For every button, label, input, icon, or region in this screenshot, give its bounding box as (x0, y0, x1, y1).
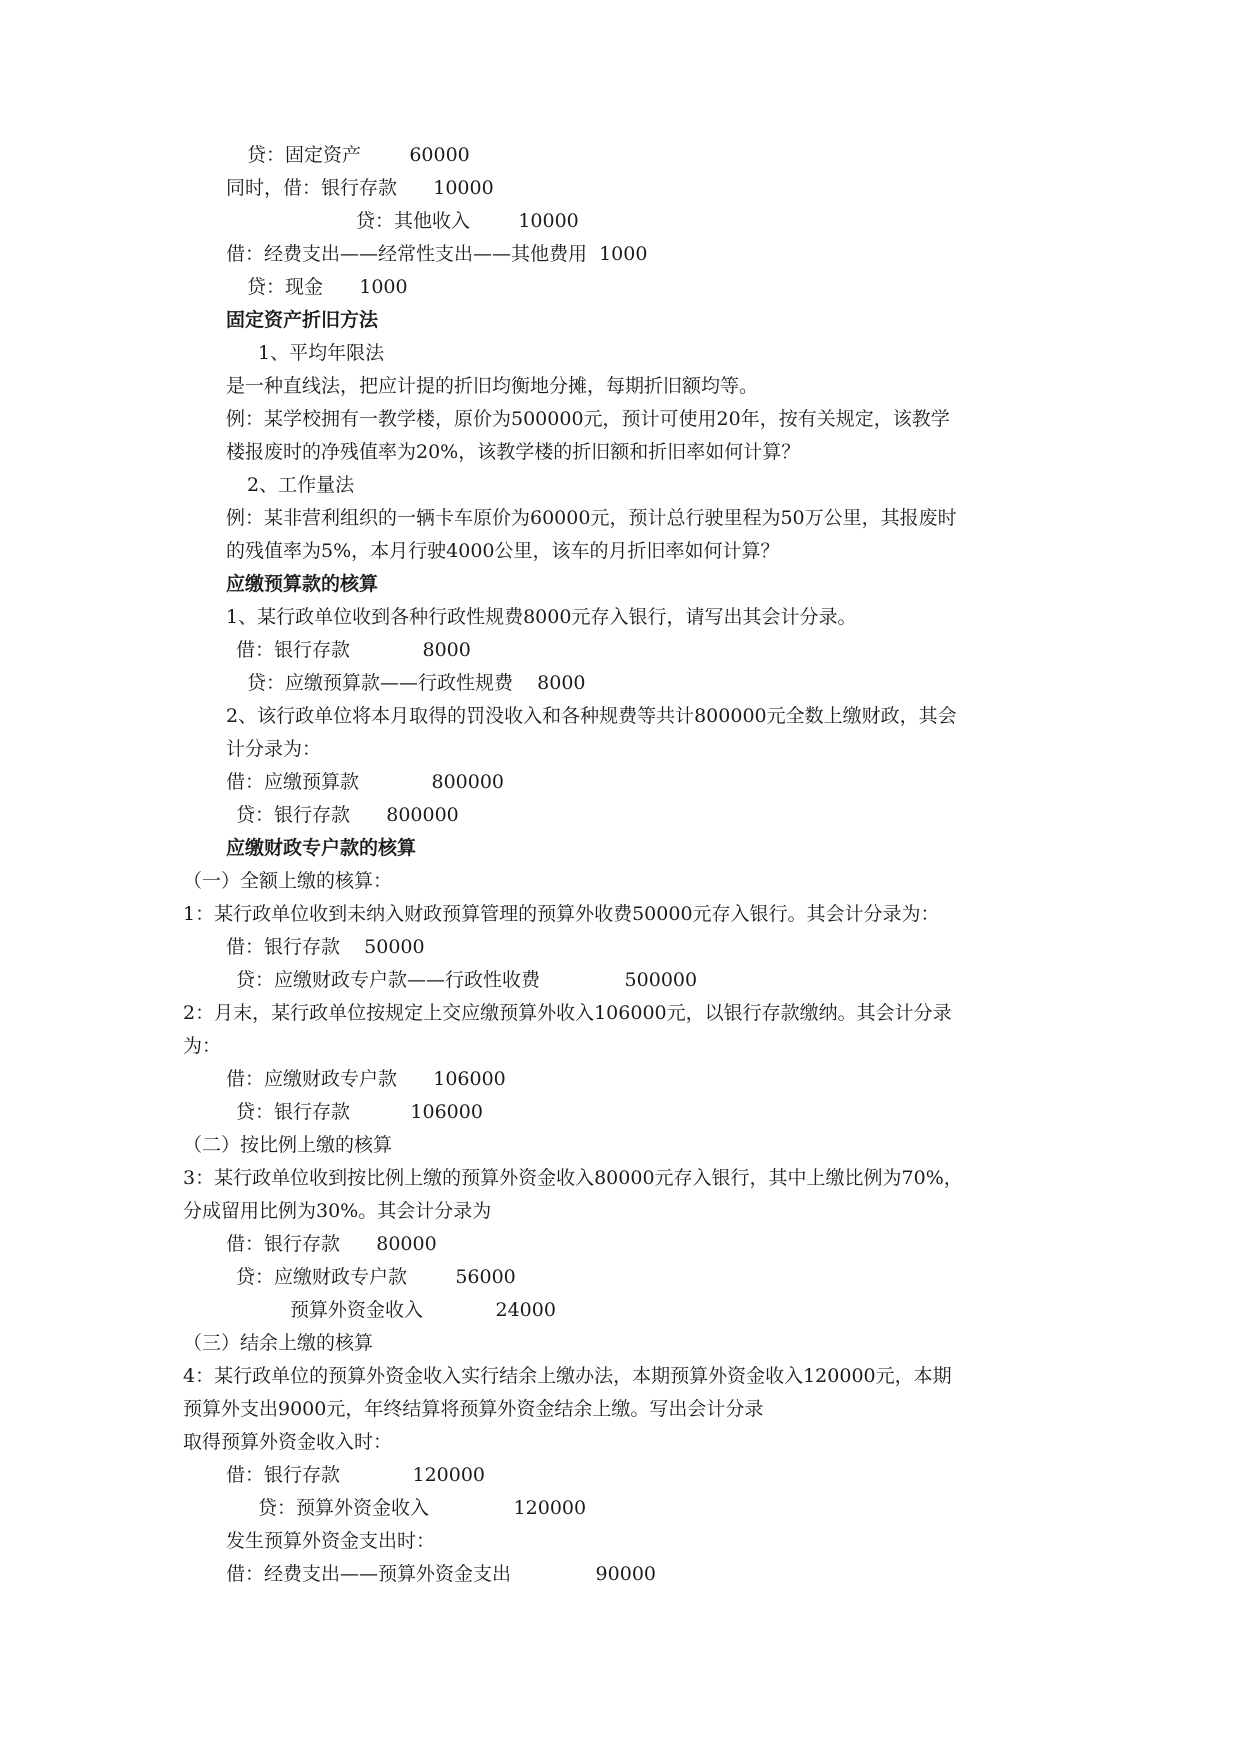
text-line: （一）全额上缴的核算： (183, 869, 392, 893)
text-line: 2：月末，某行政单位按规定上交应缴预算外收入106000元，以银行存款缴纳。其会… (183, 1001, 952, 1025)
text-line: 计分录为： (226, 737, 321, 761)
text-line: （三）结余上缴的核算 (183, 1331, 373, 1355)
text-line: 3：某行政单位收到按比例上缴的预算外资金收入80000元存入银行，其中上缴比例为… (183, 1166, 963, 1190)
text-line: 是一种直线法，把应计提的折旧均衡地分摊，每期折旧额均等。 (226, 374, 758, 398)
text-line: 借：应缴预算款 800000 (226, 770, 504, 794)
text-line: 的残值率为5%，本月行驶4000公里，该车的月折旧率如何计算？ (226, 539, 780, 563)
text-line: 楼报废时的净残值率为20%，该教学楼的折旧额和折旧率如何计算？ (226, 440, 800, 464)
text-line: 借：银行存款 50000 (226, 935, 425, 959)
text-line: 例：某非营利组织的一辆卡车原价为60000元，预计总行驶里程为50万公里，其报废… (226, 506, 957, 530)
text-line: 预算外资金收入 24000 (290, 1298, 556, 1322)
text-line: 例：某学校拥有一教学楼，原价为500000元，预计可使用20年，按有关规定，该教… (226, 407, 950, 431)
text-line: （二）按比例上缴的核算 (183, 1133, 392, 1157)
section-heading: 应缴财政专户款的核算 (226, 836, 416, 860)
text-line: 贷：应缴财政专户款——行政性收费 500000 (236, 968, 697, 992)
text-line: 2、工作量法 (247, 473, 354, 497)
text-line: 贷：其他收入 10000 (356, 209, 579, 233)
text-line: 贷：银行存款 800000 (236, 803, 459, 827)
text-line: 贷：应缴预算款——行政性规费 8000 (247, 671, 586, 695)
text-line: 同时，借：银行存款 10000 (226, 176, 494, 200)
text-line: 1、平均年限法 (258, 341, 384, 365)
section-heading: 固定资产折旧方法 (226, 308, 378, 332)
text-line: 分成留用比例为30%。其会计分录为 (183, 1199, 491, 1223)
text-line: 借：经费支出——预算外资金支出 90000 (226, 1562, 656, 1586)
text-line: 贷：预算外资金收入 120000 (258, 1496, 586, 1520)
text-line: 1：某行政单位收到未纳入财政预算管理的预算外收费50000元存入银行。其会计分录… (183, 902, 940, 926)
section-heading: 应缴预算款的核算 (226, 572, 378, 596)
text-line: 2、该行政单位将本月取得的罚没收入和各种规费等共计800000元全数上缴财政，其… (226, 704, 957, 728)
text-line: 贷：固定资产 60000 (247, 143, 470, 167)
text-line: 预算外支出9000元，年终结算将预算外资金结余上缴。写出会计分录 (183, 1397, 763, 1421)
text-line: 为： (183, 1034, 221, 1058)
text-line: 贷：银行存款 106000 (236, 1100, 483, 1124)
text-line: 借：银行存款 80000 (226, 1232, 437, 1256)
text-line: 贷：现金 1000 (247, 275, 408, 299)
document-page: 贷：固定资产 60000同时，借：银行存款 10000贷：其他收入 10000借… (0, 0, 1241, 1754)
text-line: 发生预算外资金支出时： (226, 1529, 435, 1553)
text-line: 取得预算外资金收入时： (183, 1430, 392, 1454)
text-line: 借：经费支出——经常性支出——其他费用 1000 (226, 242, 647, 266)
text-line: 借：银行存款 8000 (236, 638, 471, 662)
text-line: 贷：应缴财政专户款 56000 (236, 1265, 516, 1289)
text-line: 借：应缴财政专户款 106000 (226, 1067, 506, 1091)
text-line: 4：某行政单位的预算外资金收入实行结余上缴办法，本期预算外资金收入120000元… (183, 1364, 952, 1388)
text-line: 借：银行存款 120000 (226, 1463, 485, 1487)
text-line: 1、某行政单位收到各种行政性规费8000元存入银行，请写出其会计分录。 (226, 605, 856, 629)
